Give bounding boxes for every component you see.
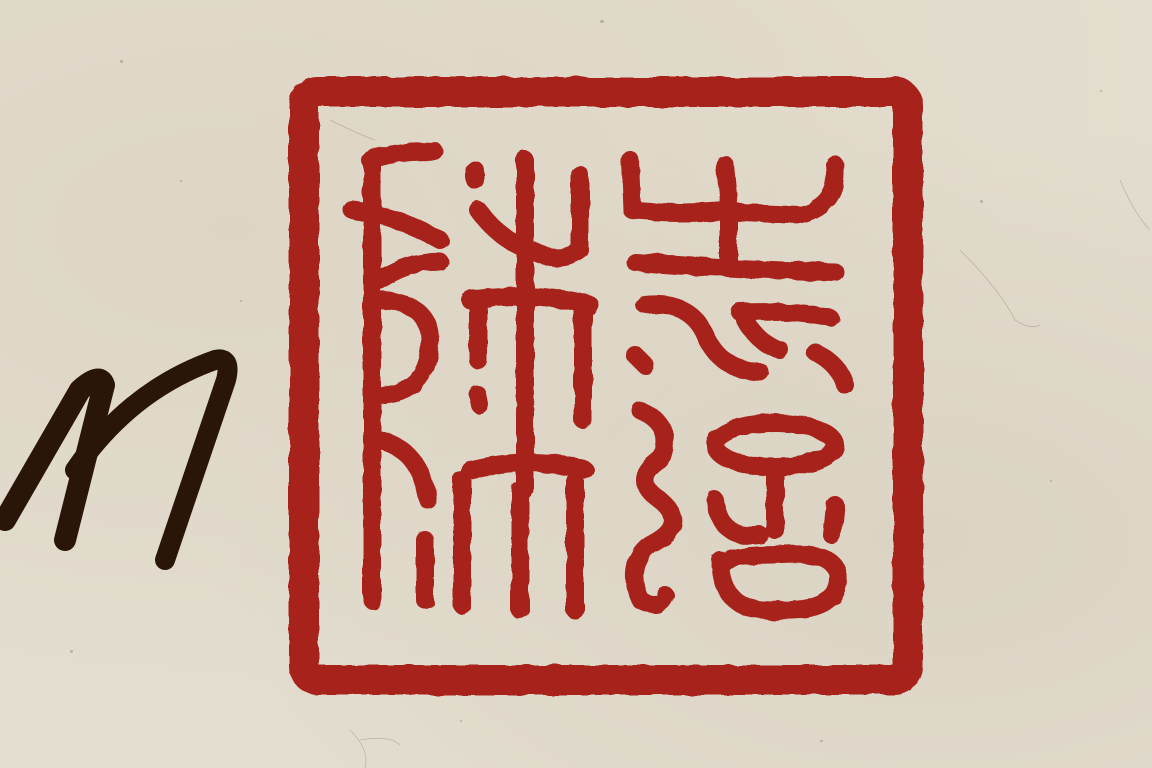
paper-background: Red seal-script stamp impression on crea… (0, 0, 1152, 768)
seal-artwork (0, 0, 1152, 768)
seal-character-right-top (630, 160, 836, 272)
seal-character-right-middle (635, 304, 845, 385)
brush-ink-stroke (5, 359, 228, 560)
seal-stamp (304, 92, 908, 680)
seal-character-right-bottom (634, 410, 838, 610)
seal-character-left (352, 152, 590, 610)
